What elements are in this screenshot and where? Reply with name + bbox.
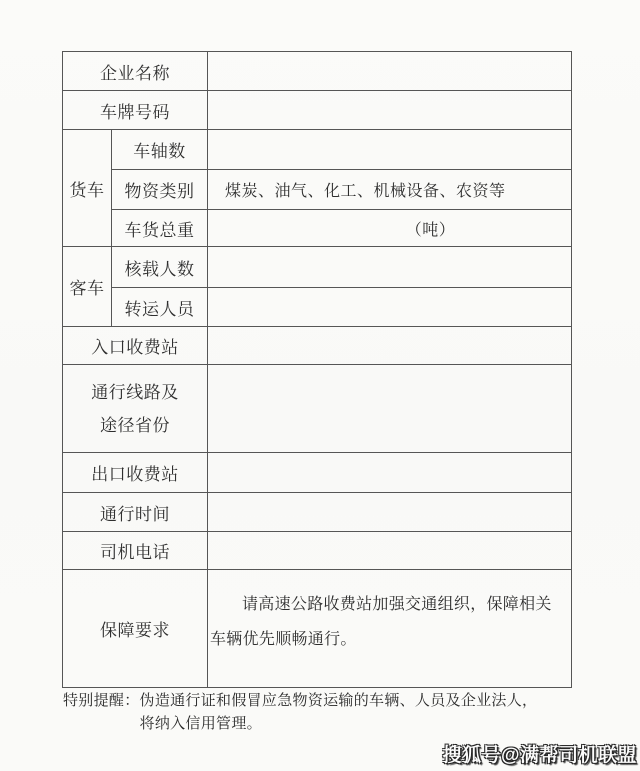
axle-count-label: 车轴数	[112, 130, 208, 170]
row-transfer-personnel: 转运人员	[63, 288, 572, 327]
route-provinces-label: 通行线路及 途径省份	[63, 365, 208, 453]
row-support-requirement: 保障要求 请高速公路收费站加强交通组织，保障相关车辆优先顺畅通行。	[63, 570, 572, 688]
exit-toll-station-label: 出口收费站	[63, 453, 208, 493]
entry-toll-station-label: 入口收费站	[63, 327, 208, 365]
special-reminder-text: 伪造通行证和假冒应急物资运输的车辆、人员及企业法人， 将纳入信用管理。	[140, 690, 603, 736]
row-exit-toll-station: 出口收费站	[63, 453, 572, 493]
row-goods-category: 物资类别 煤炭、油气、化工、机械设备、农资等	[63, 170, 572, 210]
enterprise-name-label: 企业名称	[63, 52, 208, 91]
row-gross-weight: 车货总重 （吨）	[63, 210, 572, 247]
transfer-personnel-label: 转运人员	[112, 288, 208, 327]
support-requirement-value: 请高速公路收费站加强交通组织，保障相关车辆优先顺畅通行。	[208, 570, 572, 688]
plate-number-label: 车牌号码	[63, 91, 208, 130]
route-label-line1: 通行线路及	[91, 383, 179, 402]
transit-time-value	[208, 493, 572, 532]
row-axle-count: 货车 车轴数	[63, 130, 572, 170]
row-transit-time: 通行时间	[63, 493, 572, 532]
vehicle-pass-form-table: 企业名称 车牌号码 货车 车轴数 物资类别 煤炭、油气、化工、机械设备、农资等 …	[62, 51, 572, 688]
route-label-line2: 途径省份	[100, 416, 170, 435]
bus-group-label: 客车	[63, 247, 112, 327]
enterprise-name-value	[208, 52, 572, 91]
row-entry-toll-station: 入口收费站	[63, 327, 572, 365]
special-reminder: 特别提醒： 伪造通行证和假冒应急物资运输的车辆、人员及企业法人， 将纳入信用管理…	[63, 690, 603, 736]
driver-phone-value	[208, 532, 572, 570]
seating-capacity-value	[208, 247, 572, 288]
route-provinces-value	[208, 365, 572, 453]
truck-group-label: 货车	[63, 130, 112, 247]
driver-phone-label: 司机电话	[63, 532, 208, 570]
scanned-form-page: 企业名称 车牌号码 货车 车轴数 物资类别 煤炭、油气、化工、机械设备、农资等 …	[0, 0, 640, 771]
row-driver-phone: 司机电话	[63, 532, 572, 570]
transit-time-label: 通行时间	[63, 493, 208, 532]
exit-toll-station-value	[208, 453, 572, 493]
goods-category-value: 煤炭、油气、化工、机械设备、农资等	[208, 170, 572, 210]
row-enterprise-name: 企业名称	[63, 52, 572, 91]
seating-capacity-label: 核载人数	[112, 247, 208, 288]
entry-toll-station-value	[208, 327, 572, 365]
plate-number-value	[208, 91, 572, 130]
support-requirement-label: 保障要求	[63, 570, 208, 688]
goods-category-label: 物资类别	[112, 170, 208, 210]
row-route-provinces: 通行线路及 途径省份	[63, 365, 572, 453]
special-reminder-label: 特别提醒：	[63, 690, 140, 736]
sohu-account-watermark: 搜狐号@满帮司机联盟	[442, 740, 637, 767]
support-requirement-text: 请高速公路收费站加强交通组织，保障相关车辆优先顺畅通行。	[210, 587, 565, 657]
special-reminder-line2: 将纳入信用管理。	[140, 716, 262, 732]
special-reminder-line1: 伪造通行证和假冒应急物资运输的车辆、人员及企业法人，	[140, 693, 538, 709]
axle-count-value	[208, 130, 572, 170]
transfer-personnel-value	[208, 288, 572, 327]
gross-weight-label: 车货总重	[112, 210, 208, 247]
gross-weight-value: （吨）	[208, 210, 572, 247]
row-plate-number: 车牌号码	[63, 91, 572, 130]
row-seating-capacity: 客车 核载人数	[63, 247, 572, 288]
